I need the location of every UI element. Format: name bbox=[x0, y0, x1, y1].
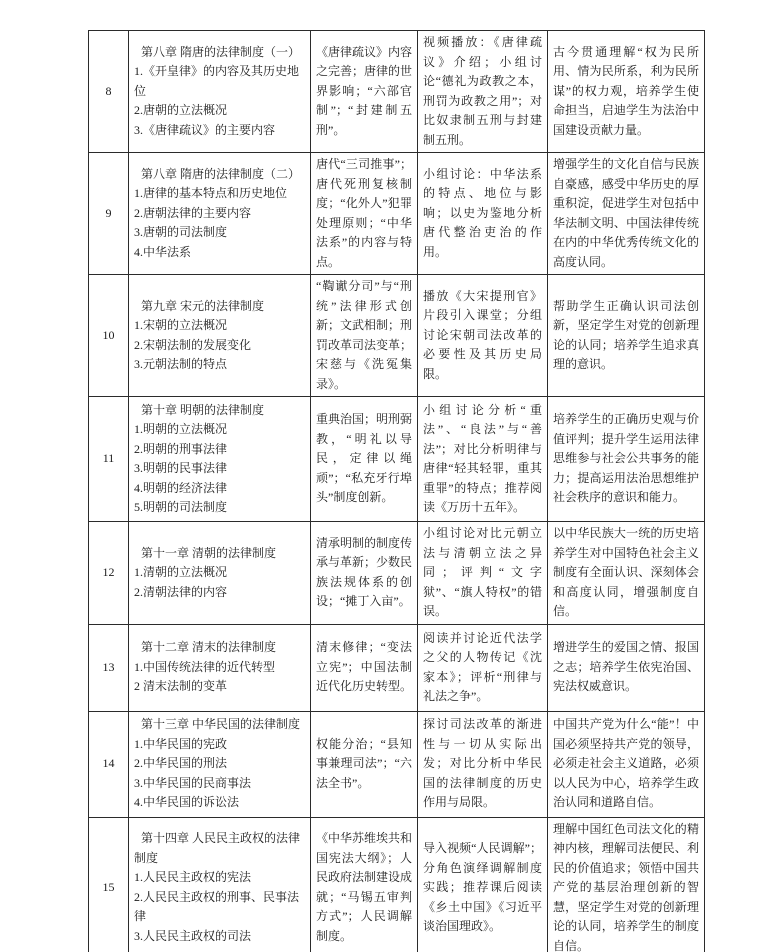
row-number: 15 bbox=[89, 817, 129, 952]
chapter-item: 3.人民民主政权的司法 bbox=[134, 927, 305, 947]
key-points-cell: 重典治国；明刑弼教，“明礼以导民，定律以绳顽”；“私充牙行埠头”制度创新。 bbox=[311, 397, 418, 522]
table-row: 8 第八章 隋唐的法律制度（一） 1.《开皇律》的内容及其历史地位 2.唐朝的立… bbox=[89, 31, 705, 153]
chapter-item: 3.《唐律疏议》的主要内容 bbox=[134, 121, 305, 141]
objectives-cell: 中国共产党为什么“能”！中国必须坚持共产党的领导，必须走社会主义道路，必须以人民… bbox=[548, 711, 705, 817]
row-number: 8 bbox=[89, 31, 129, 153]
key-points-cell: 唐代“三司推事”；唐代死刑复核制度；“化外人”犯罪处理原则；“中华法系”的内容与… bbox=[311, 153, 418, 275]
chapter-item: 2.唐朝法律的主要内容 bbox=[134, 204, 305, 224]
chapter-item: 3.唐朝的司法制度 bbox=[134, 223, 305, 243]
objectives-cell: 帮助学生正确认识司法创新，坚定学生对党的创新理论的认同；培养学生追求真理的意识。 bbox=[548, 275, 705, 397]
teaching-methods-cell: 播放《大宋提刑官》片段引入课堂；分组讨论宋朝司法改革的必要性及其历史局限。 bbox=[418, 275, 548, 397]
chapter-cell: 第九章 宋元的法律制度 1.宋朝的立法概况 2.宋朝法制的发展变化 3.元朝法制… bbox=[129, 275, 311, 397]
chapter-item: 1.宋朝的立法概况 bbox=[134, 316, 305, 336]
table-row: 14 第十三章 中华民国的法律制度 1.中华民国的宪政 2.中华民国的刑法 3.… bbox=[89, 711, 705, 817]
row-number: 13 bbox=[89, 624, 129, 711]
objectives-cell: 古今贯通理解“权为民所用、情为民所系，利为民所谋”的权力观，培养学生使命担当，启… bbox=[548, 31, 705, 153]
chapter-item: 1.明朝的立法概况 bbox=[134, 420, 305, 440]
chapter-item: 1.唐律的基本特点和历史地位 bbox=[134, 184, 305, 204]
chapter-item: 2.清朝法律的内容 bbox=[134, 583, 305, 603]
chapter-cell: 第十二章 清末的法律制度 1.中国传统法律的近代转型 2 清末法制的变革 bbox=[129, 624, 311, 711]
objectives-cell: 以中华民族大一统的历史培养学生对中国特色社会主义制度有全面认识、深刻体会和高度认… bbox=[548, 522, 705, 625]
chapter-item: 2.宋朝法制的发展变化 bbox=[134, 336, 305, 356]
chapter-item: 2.唐朝的立法概况 bbox=[134, 101, 305, 121]
key-points-cell: 清末修律；“变法立宪”；中国法制近代化历史转型。 bbox=[311, 624, 418, 711]
chapter-item: 4.中华法系 bbox=[134, 243, 305, 263]
chapter-title: 第十章 明朝的法律制度 bbox=[134, 401, 305, 421]
chapter-item: 3.明朝的民事法律 bbox=[134, 459, 305, 479]
teaching-methods-cell: 视频播放：《唐律疏议》介绍；小组讨论“德礼为政教之本，刑罚为政教之用”；对比奴隶… bbox=[418, 31, 548, 153]
table-row: 13 第十二章 清末的法律制度 1.中国传统法律的近代转型 2 清末法制的变革 … bbox=[89, 624, 705, 711]
chapter-item: 2.中华民国的刑法 bbox=[134, 754, 305, 774]
row-number: 10 bbox=[89, 275, 129, 397]
chapter-title: 第八章 隋唐的法律制度（一） bbox=[134, 43, 305, 63]
key-points-cell: 权能分治；“县知事兼理司法”；“六法全书”。 bbox=[311, 711, 418, 817]
chapter-item: 3.元朝法制的特点 bbox=[134, 355, 305, 375]
chapter-title: 第十四章 人民民主政权的法律制度 bbox=[134, 829, 305, 868]
chapter-cell: 第八章 隋唐的法律制度（一） 1.《开皇律》的内容及其历史地位 2.唐朝的立法概… bbox=[129, 31, 311, 153]
chapter-cell: 第十章 明朝的法律制度 1.明朝的立法概况 2.明朝的刑事法律 3.明朝的民事法… bbox=[129, 397, 311, 522]
key-points-cell: 清承明制的制度传承与革新；少数民族法规体系的创设；“摊丁入亩”。 bbox=[311, 522, 418, 625]
objectives-cell: 增进学生的爱国之情、报国之志；培养学生依宪治国、宪法权威意识。 bbox=[548, 624, 705, 711]
chapter-item: 4.中华民国的诉讼法 bbox=[134, 793, 305, 813]
row-number: 14 bbox=[89, 711, 129, 817]
chapter-title: 第十二章 清末的法律制度 bbox=[134, 638, 305, 658]
teaching-methods-cell: 小组讨论分析“重法”、“良法”与“善法”；对比分析明律与唐律“轻其轻罪，重其重罪… bbox=[418, 397, 548, 522]
key-points-cell: 《中华苏维埃共和国宪法大纲》；人民政府法制建设成就；“马锡五审判方式”；人民调解… bbox=[311, 817, 418, 952]
chapter-item: 1.《开皇律》的内容及其历史地位 bbox=[134, 62, 305, 101]
chapter-item: 2 清末法制的变革 bbox=[134, 677, 305, 697]
chapter-item: 1.中华民国的宪政 bbox=[134, 735, 305, 755]
chapter-title: 第九章 宋元的法律制度 bbox=[134, 297, 305, 317]
table-row: 11 第十章 明朝的法律制度 1.明朝的立法概况 2.明朝的刑事法律 3.明朝的… bbox=[89, 397, 705, 522]
teaching-methods-cell: 探讨司法改革的渐进性与一切从实际出发；对比分析中华民国的法律制度的历史作用与局限… bbox=[418, 711, 548, 817]
key-points-cell: “鞫谳分司”与“刑统”法律形式创新；文武相制；刑罚改革司法变革；宋慈与《洗冤集录… bbox=[311, 275, 418, 397]
objectives-cell: 增强学生的文化自信与民族自豪感，感受中华历史的厚重积淀，促进学生对包括中华法制文… bbox=[548, 153, 705, 275]
chapter-cell: 第十一章 清朝的法律制度 1.清朝的立法概况 2.清朝法律的内容 bbox=[129, 522, 311, 625]
row-number: 11 bbox=[89, 397, 129, 522]
key-points-cell: 《唐律疏议》内容之完善；唐律的世界影响；“六部官制”；“封建制五刑”。 bbox=[311, 31, 418, 153]
table-row: 9 第八章 隋唐的法律制度（二） 1.唐律的基本特点和历史地位 2.唐朝法律的主… bbox=[89, 153, 705, 275]
row-number: 9 bbox=[89, 153, 129, 275]
table-row: 15 第十四章 人民民主政权的法律制度 1.人民民主政权的宪法 2.人民民主政权… bbox=[89, 817, 705, 952]
chapter-item: 1.中国传统法律的近代转型 bbox=[134, 658, 305, 678]
chapter-title: 第十三章 中华民国的法律制度 bbox=[134, 715, 305, 735]
chapter-item: 3.中华民国的民商事法 bbox=[134, 774, 305, 794]
chapter-cell: 第八章 隋唐的法律制度（二） 1.唐律的基本特点和历史地位 2.唐朝法律的主要内… bbox=[129, 153, 311, 275]
syllabus-table: 8 第八章 隋唐的法律制度（一） 1.《开皇律》的内容及其历史地位 2.唐朝的立… bbox=[88, 30, 705, 952]
row-number: 12 bbox=[89, 522, 129, 625]
teaching-methods-cell: 小组讨论：中华法系的特点、地位与影响；以史为鉴地分析唐代整治吏治的作用。 bbox=[418, 153, 548, 275]
chapter-cell: 第十三章 中华民国的法律制度 1.中华民国的宪政 2.中华民国的刑法 3.中华民… bbox=[129, 711, 311, 817]
table-row: 10 第九章 宋元的法律制度 1.宋朝的立法概况 2.宋朝法制的发展变化 3.元… bbox=[89, 275, 705, 397]
objectives-cell: 培养学生的正确历史观与价值评判；提升学生运用法律思维参与社会公共事务的能力；提高… bbox=[548, 397, 705, 522]
objectives-cell: 理解中国红色司法文化的精神内核，理解司法便民、利民的价值追求；领悟中国共产党的基… bbox=[548, 817, 705, 952]
chapter-item: 2.明朝的刑事法律 bbox=[134, 440, 305, 460]
teaching-methods-cell: 阅读并讨论近代法学之父的人物传记《沈家本》；评析“刑律与礼法之争”。 bbox=[418, 624, 548, 711]
chapter-title: 第八章 隋唐的法律制度（二） bbox=[134, 165, 305, 185]
chapter-title: 第十一章 清朝的法律制度 bbox=[134, 544, 305, 564]
chapter-item: 4.明朝的经济法律 bbox=[134, 479, 305, 499]
document-page: 8 第八章 隋唐的法律制度（一） 1.《开皇律》的内容及其历史地位 2.唐朝的立… bbox=[0, 0, 784, 952]
table-row: 12 第十一章 清朝的法律制度 1.清朝的立法概况 2.清朝法律的内容 清承明制… bbox=[89, 522, 705, 625]
chapter-item: 1.人民民主政权的宪法 bbox=[134, 868, 305, 888]
chapter-item: 5.明朝的司法制度 bbox=[134, 498, 305, 518]
teaching-methods-cell: 小组讨论对比元朝立法与清朝立法之异同；评判“文字狱”、“旗人特权”的错误。 bbox=[418, 522, 548, 625]
chapter-item: 2.人民民主政权的刑事、民事法律 bbox=[134, 888, 305, 927]
chapter-item: 1.清朝的立法概况 bbox=[134, 563, 305, 583]
teaching-methods-cell: 导入视频“人民调解”；分角色演绎调解制度实践；推荐课后阅读《乡土中国》《习近平谈… bbox=[418, 817, 548, 952]
chapter-cell: 第十四章 人民民主政权的法律制度 1.人民民主政权的宪法 2.人民民主政权的刑事… bbox=[129, 817, 311, 952]
